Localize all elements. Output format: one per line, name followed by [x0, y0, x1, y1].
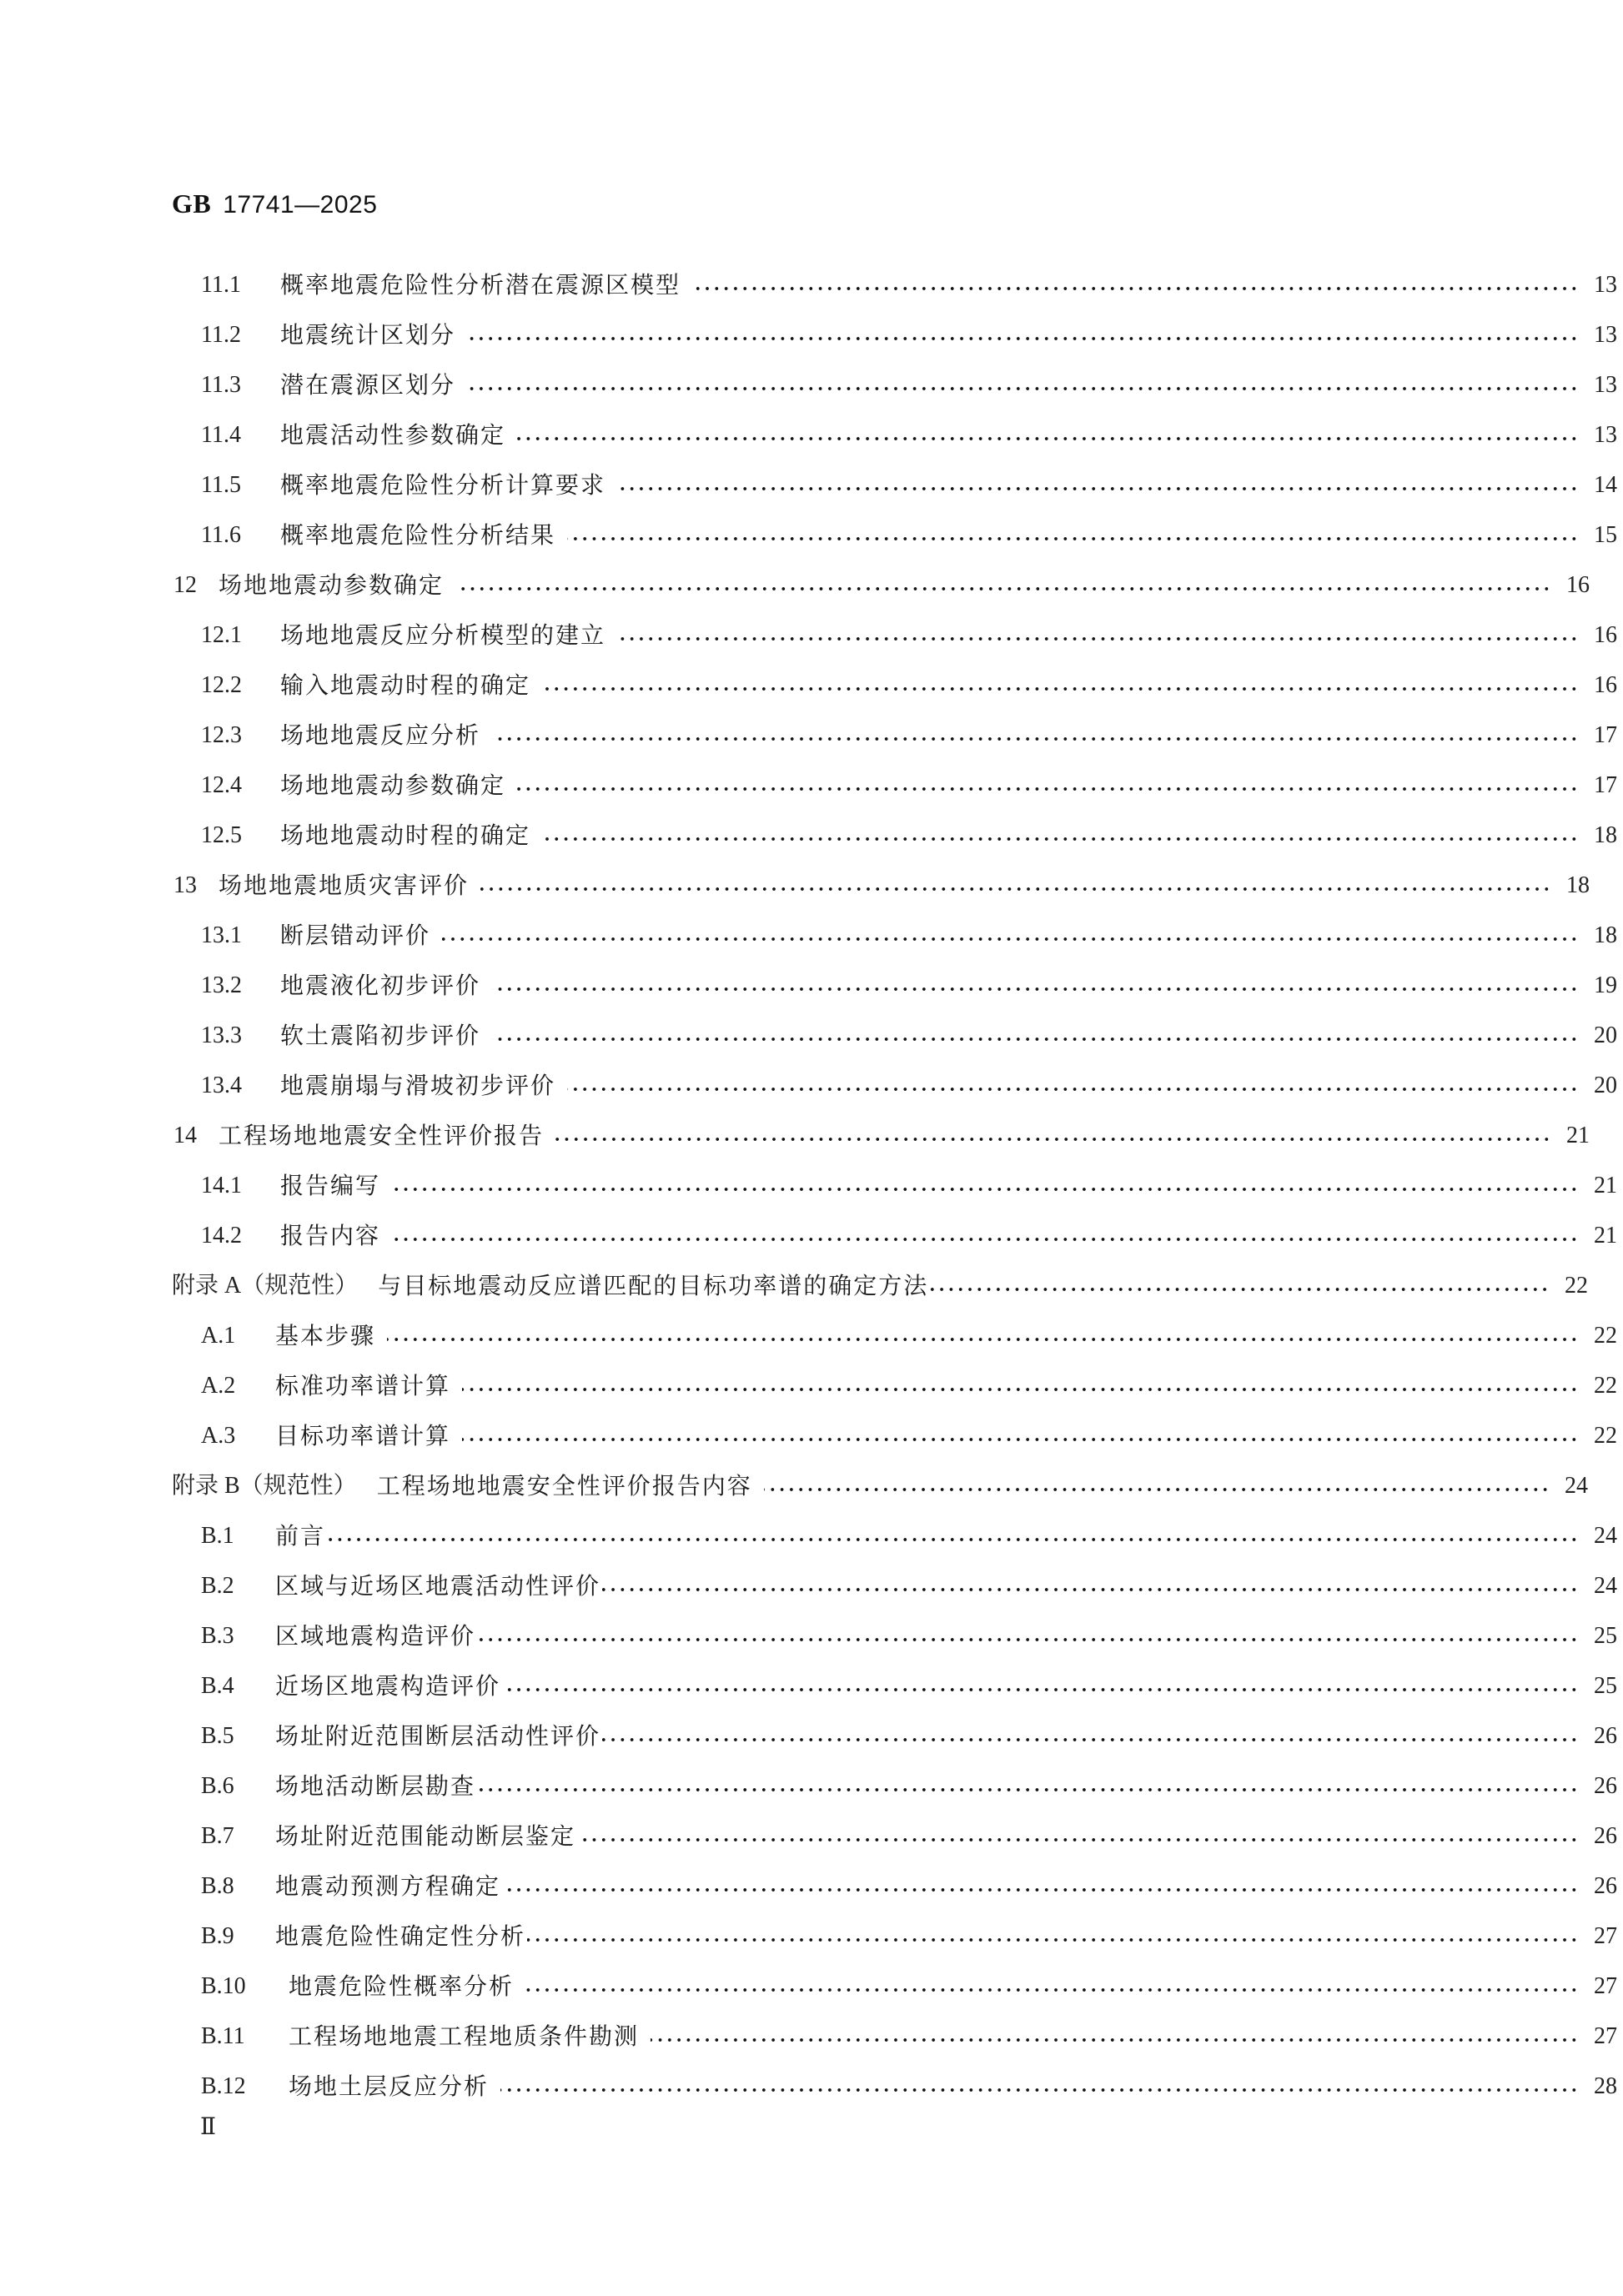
toc-entry-number: B.4 — [201, 1661, 275, 1711]
dot-leader — [442, 911, 1579, 961]
toc-entry-title: 工程场地地震安全性评价报告 — [219, 1111, 544, 1161]
dot-leader — [492, 711, 1579, 761]
toc-entry-title: 地震统计区划分 — [280, 310, 455, 360]
dot-leader — [502, 1861, 1579, 1912]
toc-entry-title: 概率地震危险性分析结果 — [280, 510, 555, 560]
toc-entry-page: 27 — [1594, 1912, 1623, 1962]
toc-entry-page: 27 — [1594, 1962, 1623, 2012]
toc-entry-title: 近场区地震构造评价 — [275, 1661, 500, 1711]
dot-leader — [617, 460, 1579, 510]
toc-entry-title: 场地土层反应分析 — [289, 2062, 489, 2112]
toc-entry[interactable]: B.12场地土层反应分析28 — [0, 2062, 1623, 2112]
toc-entry[interactable]: B.8地震动预测方程确定26 — [0, 1861, 1623, 1912]
toc-entry-title: 报告编写 — [280, 1161, 380, 1211]
toc-entry[interactable]: B.6场地活动断层勘查26 — [0, 1761, 1623, 1811]
dot-leader — [455, 560, 1551, 610]
toc-entry-number: 11.5 — [201, 460, 280, 510]
toc-entry-title: 场地地震动时程的确定 — [280, 811, 530, 861]
toc-entry-number: 14 — [173, 1111, 197, 1161]
toc-entry-page: 22 — [1594, 1411, 1623, 1461]
toc-entry-number: B.10 — [201, 1962, 289, 2012]
toc-entry[interactable]: 11.1概率地震危险性分析潜在震源区模型13 — [0, 260, 1623, 310]
toc-entry-page: 13 — [1594, 410, 1623, 460]
toc-entry-page: 16 — [1594, 661, 1623, 711]
toc-entry[interactable]: 13.2地震液化初步评价19 — [0, 961, 1623, 1011]
toc-entry-page: 19 — [1594, 961, 1623, 1011]
document-header: GB17741—2025 — [172, 188, 377, 219]
toc-entry-title: 工程场地地震安全性评价报告内容 — [377, 1461, 752, 1511]
toc-entry-page: 14 — [1594, 460, 1623, 510]
toc-entry-title: 场址附近范围能动断层鉴定 — [275, 1811, 575, 1861]
toc-entry-page: 26 — [1594, 1761, 1623, 1811]
dot-leader — [542, 811, 1579, 861]
toc-entry-number: 12.2 — [201, 661, 280, 711]
toc-entry-title: 基本步骤 — [275, 1311, 375, 1361]
dot-leader — [527, 1912, 1579, 1962]
dot-leader — [602, 1711, 1579, 1761]
toc-entry[interactable]: 13.3软土震陷初步评价20 — [0, 1011, 1623, 1061]
dot-leader — [467, 360, 1579, 410]
toc-entry[interactable]: A.1基本步骤22 — [0, 1311, 1623, 1361]
toc-entry-title: 标准功率谱计算 — [275, 1361, 450, 1411]
toc-entry-title: 地震活动性参数确定 — [280, 410, 505, 460]
dot-leader — [602, 1561, 1579, 1611]
toc-entry-page: 21 — [1566, 1111, 1600, 1161]
toc-entry-number: B.2 — [201, 1561, 275, 1611]
toc-entry[interactable]: 14工程场地地震安全性评价报告21 — [0, 1111, 1623, 1161]
toc-entry-title: 地震危险性概率分析 — [289, 1962, 514, 2012]
dot-leader — [480, 861, 1551, 911]
page-number: Ⅱ — [200, 2113, 216, 2141]
toc-entry-number: B.9 — [201, 1912, 275, 1962]
toc-entry[interactable]: B.10地震危险性概率分析27 — [0, 1962, 1623, 2012]
toc-entry[interactable]: 11.3潜在震源区划分13 — [0, 360, 1623, 410]
dot-leader — [392, 1211, 1579, 1261]
toc-entry[interactable]: B.5场址附近范围断层活动性评价26 — [0, 1711, 1623, 1761]
dot-leader — [462, 1411, 1579, 1461]
toc-entry-title: 场地地震动参数确定 — [219, 560, 444, 610]
toc-entry-title: 地震动预测方程确定 — [275, 1861, 500, 1912]
toc-entry-title: 潜在震源区划分 — [280, 360, 455, 410]
toc-entry-number: 13.3 — [201, 1011, 280, 1061]
toc-entry-page: 18 — [1594, 811, 1623, 861]
toc-entry-title: 场址附近范围断层活动性评价 — [275, 1711, 600, 1761]
dot-leader — [567, 1061, 1579, 1111]
toc-entry-number: B.5 — [201, 1711, 275, 1761]
toc-entry-page: 20 — [1594, 1061, 1623, 1111]
toc-entry-page: 17 — [1594, 711, 1623, 761]
toc-entry[interactable]: 附录 A（规范性）与目标地震动反应谱匹配的目标功率谱的确定方法22 — [0, 1261, 1623, 1311]
toc-entry-number: B.3 — [201, 1611, 275, 1661]
toc-entry[interactable]: 12场地地震动参数确定16 — [0, 560, 1623, 610]
toc-entry[interactable]: 12.4场地地震动参数确定17 — [0, 761, 1623, 811]
toc-entry-page: 22 — [1594, 1361, 1623, 1411]
toc-entry-title: 区域地震构造评价 — [275, 1611, 475, 1661]
toc-entry-title: 地震液化初步评价 — [280, 961, 480, 1011]
toc-entry[interactable]: 14.1报告编写21 — [0, 1161, 1623, 1211]
toc-entry-page: 20 — [1594, 1011, 1623, 1061]
toc-entry-title: 区域与近场区地震活动性评价 — [275, 1561, 600, 1611]
toc-entry-number: 13.2 — [201, 961, 280, 1011]
dot-leader — [477, 1761, 1579, 1811]
toc-entry[interactable]: B.3区域地震构造评价25 — [0, 1611, 1623, 1661]
toc-entry-number: 12.3 — [201, 711, 280, 761]
toc-entry-title: 场地地震动参数确定 — [280, 761, 505, 811]
dot-leader — [692, 260, 1579, 310]
toc-entry[interactable]: 附录 B（规范性）工程场地地震安全性评价报告内容24 — [0, 1461, 1623, 1511]
toc-entry-number: 11.3 — [201, 360, 280, 410]
toc-entry-number: 14.2 — [201, 1211, 280, 1261]
toc-entry-title: 概率地震危险性分析计算要求 — [280, 460, 605, 510]
toc-entry[interactable]: B.11工程场地地震工程地质条件勘测27 — [0, 2012, 1623, 2062]
toc-entry-page: 26 — [1594, 1811, 1623, 1861]
dot-leader — [462, 1361, 1579, 1411]
dot-leader — [500, 2062, 1579, 2112]
dot-leader — [517, 410, 1579, 460]
toc-entry-page: 22 — [1594, 1311, 1623, 1361]
toc-entry-title: 软土震陷初步评价 — [280, 1011, 480, 1061]
toc-entry-title: 概率地震危险性分析潜在震源区模型 — [280, 260, 681, 310]
toc-entry-page: 27 — [1594, 2012, 1623, 2062]
toc-entry-page: 15 — [1594, 510, 1623, 560]
toc-entry-number: 14.1 — [201, 1161, 280, 1211]
toc-entry-number: B.6 — [201, 1761, 275, 1811]
dot-leader — [502, 1661, 1579, 1711]
toc-entry-title: 断层错动评价 — [280, 911, 430, 961]
standard-prefix: GB — [172, 188, 211, 219]
toc-entry-page: 17 — [1594, 761, 1623, 811]
toc-entry[interactable]: A.2标准功率谱计算22 — [0, 1361, 1623, 1411]
toc-entry-title: 场地地震反应分析模型的建立 — [280, 610, 605, 661]
toc-entry-page: 21 — [1594, 1211, 1623, 1261]
dot-leader — [764, 1461, 1550, 1511]
toc-entry-number: A.3 — [201, 1411, 275, 1461]
toc-entry-page: 18 — [1566, 861, 1600, 911]
dot-leader — [567, 510, 1579, 560]
toc-entry-number: 13.4 — [201, 1061, 280, 1111]
toc-entry-page: 16 — [1566, 560, 1600, 610]
toc-entry-number: A.1 — [201, 1311, 275, 1361]
toc-entry-number: B.12 — [201, 2062, 289, 2112]
toc-entry-number: A.2 — [201, 1361, 275, 1411]
toc-entry-page: 25 — [1594, 1611, 1623, 1661]
toc-entry[interactable]: 11.2地震统计区划分13 — [0, 310, 1623, 360]
toc-entry-title: 前言 — [275, 1511, 325, 1561]
toc-entry-title: 场地活动断层勘查 — [275, 1761, 475, 1811]
toc-entry-page: 24 — [1594, 1511, 1623, 1561]
toc-entry-title: 地震危险性确定性分析 — [275, 1912, 525, 1962]
toc-entry-number: 附录 B（规范性） — [172, 1461, 357, 1511]
toc-entry-page: 16 — [1594, 610, 1623, 661]
toc-entry[interactable]: 11.6概率地震危险性分析结果15 — [0, 510, 1623, 560]
toc-entry-page: 13 — [1594, 310, 1623, 360]
toc-entry-title: 报告内容 — [280, 1211, 380, 1261]
toc-entry-page: 24 — [1594, 1561, 1623, 1611]
toc-entry-title: 场地地震地质灾害评价 — [219, 861, 469, 911]
dot-leader — [327, 1511, 1579, 1561]
toc-entry-number: B.8 — [201, 1861, 275, 1912]
dot-leader — [492, 961, 1579, 1011]
toc-entry[interactable]: 12.5场地地震动时程的确定18 — [0, 811, 1623, 861]
toc-entry-page: 18 — [1594, 911, 1623, 961]
dot-leader — [555, 1111, 1551, 1161]
toc-entry-title: 场地地震反应分析 — [280, 711, 480, 761]
toc-entry[interactable]: B.9地震危险性确定性分析27 — [0, 1912, 1623, 1962]
dot-leader — [517, 761, 1579, 811]
toc-entry[interactable]: 13场地地震地质灾害评价18 — [0, 861, 1623, 911]
toc-entry[interactable]: 12.3场地地震反应分析17 — [0, 711, 1623, 761]
toc-entry-page: 26 — [1594, 1861, 1623, 1912]
dot-leader — [542, 661, 1579, 711]
standard-number: 17741—2025 — [223, 191, 377, 219]
toc-entry-page: 28 — [1594, 2062, 1623, 2112]
toc-entry-number: B.11 — [201, 2012, 289, 2062]
toc-entry-number: 12.4 — [201, 761, 280, 811]
toc-entry-number: 11.4 — [201, 410, 280, 460]
toc-entry[interactable]: 12.2输入地震动时程的确定16 — [0, 661, 1623, 711]
dot-leader — [492, 1011, 1579, 1061]
toc-entry[interactable]: 11.4地震活动性参数确定13 — [0, 410, 1623, 460]
toc-entry-number: 12 — [173, 560, 197, 610]
toc-entry-page: 21 — [1594, 1161, 1623, 1211]
dot-leader — [477, 1611, 1579, 1661]
toc-entry-page: 25 — [1594, 1661, 1623, 1711]
toc-entry-number: 11.1 — [201, 260, 280, 310]
toc-entry-number: B.7 — [201, 1811, 275, 1861]
toc-entry-title: 目标功率谱计算 — [275, 1411, 450, 1461]
toc-entry-page: 26 — [1594, 1711, 1623, 1761]
toc-entry[interactable]: B.2区域与近场区地震活动性评价24 — [0, 1561, 1623, 1611]
toc-entry-number: 11.6 — [201, 510, 280, 560]
toc-entry[interactable]: B.7场址附近范围能动断层鉴定26 — [0, 1811, 1623, 1861]
toc-entry-number: B.1 — [201, 1511, 275, 1561]
toc-entry-number: 附录 A（规范性） — [172, 1261, 358, 1311]
dot-leader — [651, 2012, 1579, 2062]
toc-entry-page: 13 — [1594, 260, 1623, 310]
toc-entry-number: 13 — [173, 861, 197, 911]
toc-entry-page: 22 — [1565, 1261, 1598, 1311]
toc-entry-title: 地震崩塌与滑坡初步评价 — [280, 1061, 555, 1111]
dot-leader — [930, 1261, 1550, 1311]
toc-entry-title: 输入地震动时程的确定 — [280, 661, 530, 711]
dot-leader — [577, 1811, 1579, 1861]
toc-entry[interactable]: 11.5概率地震危险性分析计算要求14 — [0, 460, 1623, 510]
toc-entry-number: 13.1 — [201, 911, 280, 961]
toc-entry-title: 工程场地地震工程地质条件勘测 — [289, 2012, 639, 2062]
toc-entry[interactable]: 14.2报告内容21 — [0, 1211, 1623, 1261]
toc-entry-number: 11.2 — [201, 310, 280, 360]
toc-entry[interactable]: B.1前言24 — [0, 1511, 1623, 1561]
toc-entry-page: 24 — [1565, 1461, 1598, 1511]
dot-leader — [387, 1311, 1579, 1361]
dot-leader — [467, 310, 1579, 360]
toc-entry[interactable]: 13.1断层错动评价18 — [0, 911, 1623, 961]
toc-entry-number: 12.1 — [201, 610, 280, 661]
toc-entry[interactable]: A.3目标功率谱计算22 — [0, 1411, 1623, 1461]
dot-leader — [392, 1161, 1579, 1211]
toc-entry-title: 与目标地震动反应谱匹配的目标功率谱的确定方法 — [378, 1261, 928, 1311]
toc-entry[interactable]: 13.4地震崩塌与滑坡初步评价20 — [0, 1061, 1623, 1111]
dot-leader — [617, 610, 1579, 661]
toc-entry[interactable]: 12.1场地地震反应分析模型的建立16 — [0, 610, 1623, 661]
toc-entry-page: 13 — [1594, 360, 1623, 410]
toc-entry-number: 12.5 — [201, 811, 280, 861]
toc-entry[interactable]: B.4近场区地震构造评价25 — [0, 1661, 1623, 1711]
dot-leader — [525, 1962, 1579, 2012]
